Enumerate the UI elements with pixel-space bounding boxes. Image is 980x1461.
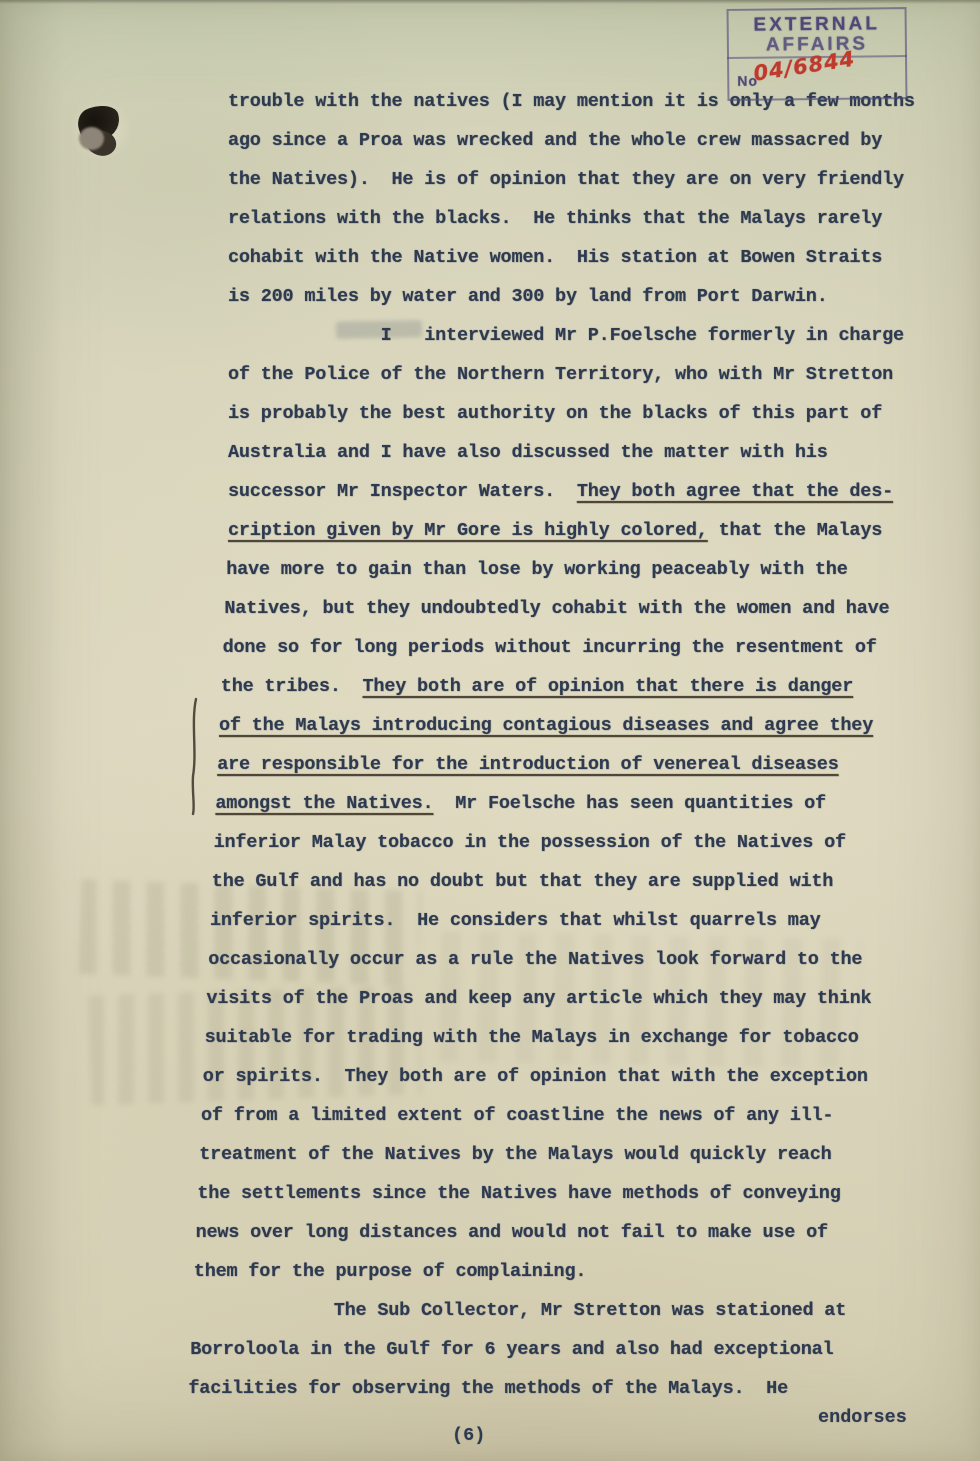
text-line: of the Police of the Northern Territory,… [228,361,893,389]
text-line: the settlements since the Natives have m… [197,1180,840,1208]
text-line: relations with the blacks. He thinks tha… [228,205,882,233]
text-line: the tribes. They both are of opinion tha… [221,673,853,701]
text-line: Natives, but they undoubtedly cohabit wi… [224,595,889,623]
text-line: Borroloola in the Gulf for 6 years and a… [190,1336,833,1364]
external-affairs-stamp: EXTERNAL AFFAIRS No 04/6844 [727,7,908,101]
text-line: cription given by Mr Gore is highly colo… [228,517,882,545]
text-line: ago since a Proa was wrecked and the who… [228,127,882,155]
margin-ink-line [189,696,201,818]
text-line: The Sub Collector, Mr Stretton was stati… [192,1297,846,1325]
paper-hole [79,127,104,150]
text-line: visits of the Proas and keep any article… [206,985,871,1013]
text-line: amongst the Natives. Mr Foelsche has see… [215,790,826,818]
text-line: the Natives). He is of opinion that they… [228,166,904,194]
text-line: done so for long periods without incurri… [223,634,877,662]
text-line: of from a limited extent of coastline th… [201,1102,833,1130]
text-line: treatment of the Natives by the Malays w… [199,1141,831,1169]
scanned-document-page: trouble with the natives (I may mention … [0,0,980,1461]
text-line: or spirits. They both are of opinion tha… [203,1063,868,1091]
text-line: inferior spirits. He considers that whil… [210,907,821,935]
catchword: endorses [818,1404,907,1432]
typewritten-text: trouble with the natives (I may mention … [0,0,980,1461]
text-line: I interviewed Mr P.Foelsche formerly in … [228,322,904,350]
text-line: inferior Malay tobacco in the possession… [214,829,846,857]
text-line: cohabit with the Native women. His stati… [228,244,882,272]
text-line: facilities for observing the methods of … [188,1375,788,1403]
text-line: suitable for trading with the Malays in … [205,1024,859,1052]
text-line: are responsible for the introduction of … [217,751,838,779]
text-line: them for the purpose of complaining. [194,1258,586,1286]
text-line: is probably the best authority on the bl… [228,400,882,428]
text-line: successor Mr Inspector Waters. They both… [228,478,893,506]
text-line: occasionally occur as a rule the Natives… [208,946,862,974]
text-line: news over long distances and would not f… [196,1219,828,1247]
text-line: have more to gain than lose by working p… [226,556,847,584]
text-line: the Gulf and has no doubt but that they … [212,868,833,896]
text-line: Australia and I have also discussed the … [228,439,828,467]
text-line: of the Malays introducing contagious dis… [219,712,873,740]
page-number: (6) [452,1422,485,1450]
text-line: is 200 miles by water and 300 by land fr… [228,283,828,311]
